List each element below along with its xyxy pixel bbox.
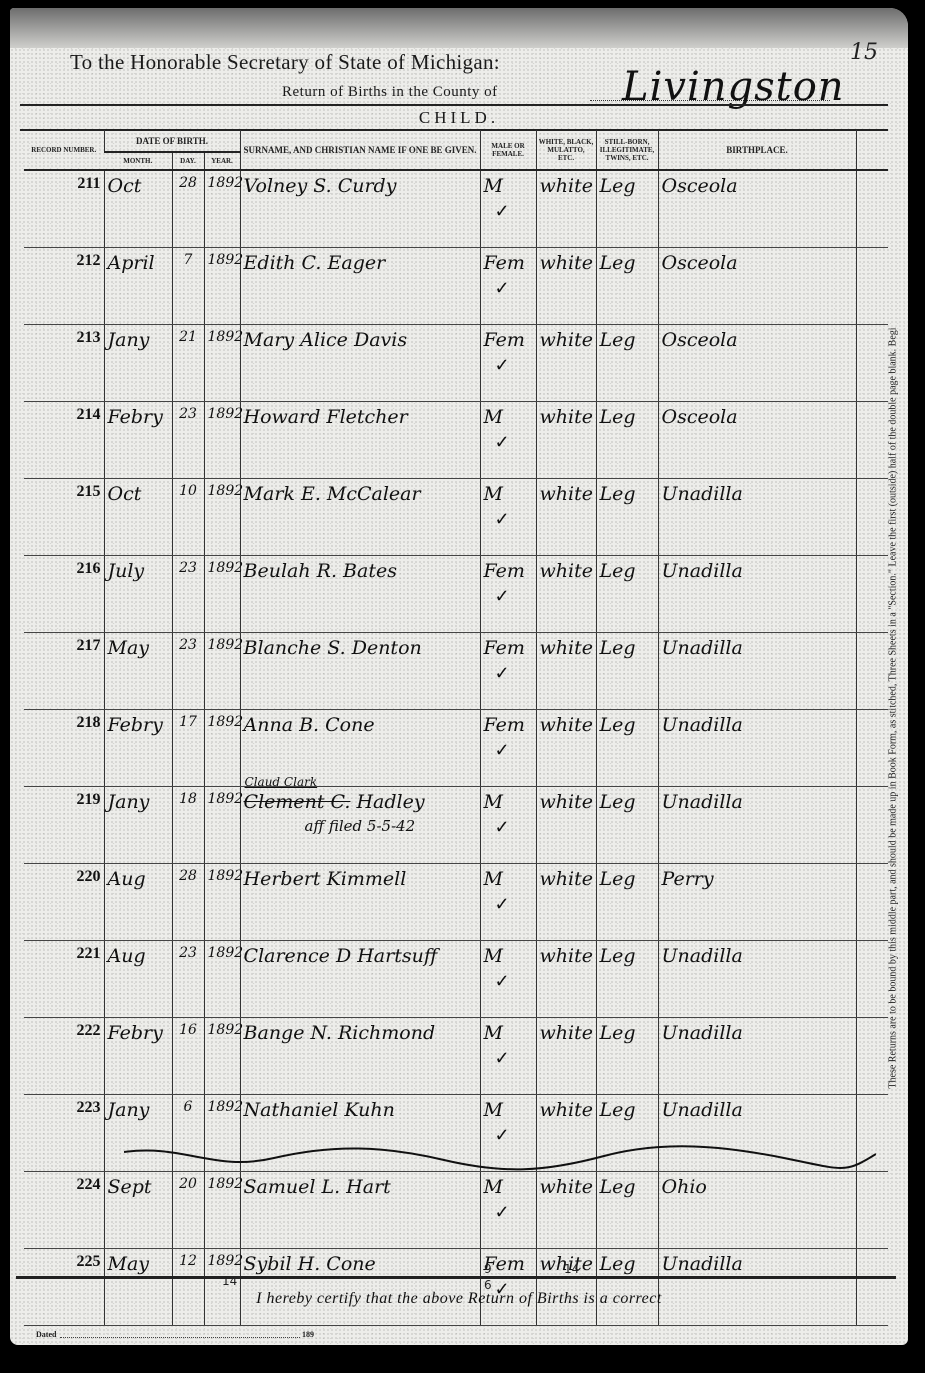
col-date-of-birth: Date of Birth. — [104, 130, 240, 152]
legitimacy-status: Leg — [596, 1095, 658, 1172]
legitimacy-status: Leg — [596, 248, 658, 325]
birthplace: Unadilla — [658, 1249, 856, 1326]
race: white — [536, 941, 596, 1018]
margin — [856, 1249, 888, 1326]
col-birthplace: Birthplace. — [658, 130, 856, 170]
col-margin — [856, 130, 888, 170]
table-row: 222Febry161892Bange N. RichmondMwhiteLeg… — [24, 1018, 888, 1095]
legitimacy-status: Leg — [596, 479, 658, 556]
sex: Fem — [480, 248, 536, 325]
birthplace: Unadilla — [658, 1018, 856, 1095]
col-day: Day. — [172, 152, 204, 170]
child-name: Mark E. McCalear — [240, 479, 480, 556]
table-row: 218Febry171892Anna B. ConeFemwhiteLegUna… — [24, 710, 888, 787]
child-name: Edith C. Eager — [240, 248, 480, 325]
birthplace: Osceola — [658, 248, 856, 325]
child-name: Nathaniel Kuhn — [240, 1095, 480, 1172]
col-record-number: Record Number. — [24, 130, 104, 170]
sex: M — [480, 787, 536, 864]
race: white — [536, 1095, 596, 1172]
birthplace: Osceola — [658, 325, 856, 402]
certification-text: I hereby certify that the above Return o… — [10, 1290, 908, 1308]
race: white — [536, 479, 596, 556]
birth-day: 23 — [172, 941, 204, 1018]
birth-year: 1892 — [204, 170, 240, 248]
table-row: 223Jany61892Nathaniel KuhnMwhiteLegUnadi… — [24, 1095, 888, 1172]
birth-month: Jany — [104, 1095, 172, 1172]
birth-day: 12 — [172, 1249, 204, 1326]
name-correction: Claud Clark — [245, 775, 318, 789]
birthplace: Unadilla — [658, 941, 856, 1018]
table-row: 216July231892Beulah R. BatesFemwhiteLegU… — [24, 556, 888, 633]
legitimacy-status: Leg — [596, 1249, 658, 1326]
birthplace: Unadilla — [658, 710, 856, 787]
record-number: 223 — [24, 1095, 104, 1172]
legitimacy-status: Leg — [596, 556, 658, 633]
table-row: 224Sept201892Samuel L. HartMwhiteLegOhio — [24, 1172, 888, 1249]
sex: M — [480, 1095, 536, 1172]
birth-year: 1892 — [204, 1095, 240, 1172]
birth-day: 23 — [172, 556, 204, 633]
child-name: Mary Alice Davis — [240, 325, 480, 402]
sex: Fem — [480, 325, 536, 402]
table-row: 211Oct281892Volney S. CurdyMwhiteLegOsce… — [24, 170, 888, 248]
struck-name: Clement C. — [244, 791, 351, 813]
table-row: 214Febry231892Howard FletcherMwhiteLegOs… — [24, 402, 888, 479]
child-name: Volney S. Curdy — [240, 170, 480, 248]
race: white — [536, 864, 596, 941]
birth-year: 1892 — [204, 1172, 240, 1249]
year-tally: 14 — [222, 1274, 237, 1288]
table-row: 212April71892Edith C. EagerFemwhiteLegOs… — [24, 248, 888, 325]
birth-day: 17 — [172, 710, 204, 787]
race: white — [536, 1249, 596, 1326]
col-sex: Male or Female. — [480, 130, 536, 170]
birth-month: Febry — [104, 1018, 172, 1095]
race: white — [536, 325, 596, 402]
birthplace: Ohio — [658, 1172, 856, 1249]
birthplace: Unadilla — [658, 787, 856, 864]
child-name: Bange N. Richmond — [240, 1018, 480, 1095]
race: white — [536, 1172, 596, 1249]
record-number: 213 — [24, 325, 104, 402]
birth-month: Oct — [104, 479, 172, 556]
col-race: White, Black, Mulatto, Etc. — [536, 130, 596, 170]
birthplace: Unadilla — [658, 556, 856, 633]
sex: M — [480, 479, 536, 556]
birth-month: Sept — [104, 1172, 172, 1249]
birth-year: 1892 — [204, 248, 240, 325]
sex: M — [480, 864, 536, 941]
table-row: 221Aug231892Clarence D HartsuffMwhiteLeg… — [24, 941, 888, 1018]
surname: Hadley — [356, 791, 424, 813]
col-surname: Surname, and Christian name if one be gi… — [240, 130, 480, 170]
record-number: 212 — [24, 248, 104, 325]
record-number: 216 — [24, 556, 104, 633]
col-month: Month. — [104, 152, 172, 170]
race: white — [536, 787, 596, 864]
birth-year: 1892 — [204, 710, 240, 787]
birth-year: 1892 — [204, 556, 240, 633]
legitimacy-status: Leg — [596, 325, 658, 402]
record-number: 218 — [24, 710, 104, 787]
birth-month: Febry — [104, 710, 172, 787]
dated-field — [60, 1337, 300, 1338]
child-name: Beulah R. Bates — [240, 556, 480, 633]
record-number: 221 — [24, 941, 104, 1018]
birth-year: 1892 — [204, 1018, 240, 1095]
legitimacy-status: Leg — [596, 1018, 658, 1095]
birthplace: Osceola — [658, 402, 856, 479]
legitimacy-status: Leg — [596, 633, 658, 710]
birth-month: Jany — [104, 787, 172, 864]
birth-day: 23 — [172, 402, 204, 479]
birth-year: 1892 — [204, 479, 240, 556]
sex: M — [480, 1172, 536, 1249]
birthplace: Perry — [658, 864, 856, 941]
birth-day: 18 — [172, 787, 204, 864]
dated-label: Dated — [36, 1330, 56, 1339]
birth-day: 10 — [172, 479, 204, 556]
record-number: 211 — [24, 170, 104, 248]
table-row: 220Aug281892Herbert KimmellMwhiteLegPerr… — [24, 864, 888, 941]
birth-month: April — [104, 248, 172, 325]
form-title: To the Honorable Secretary of State of M… — [70, 50, 500, 75]
race: white — [536, 710, 596, 787]
legitimacy-status: Leg — [596, 170, 658, 248]
sex: M — [480, 1018, 536, 1095]
child-name: Samuel L. Hart — [240, 1172, 480, 1249]
birth-return-sheet: To the Honorable Secretary of State of M… — [10, 8, 908, 1345]
col-year: Year. — [204, 152, 240, 170]
birth-month: May — [104, 633, 172, 710]
sex: Fem — [480, 633, 536, 710]
birth-day: 23 — [172, 633, 204, 710]
dated-year: 189 — [302, 1330, 314, 1339]
record-number: 225 — [24, 1249, 104, 1326]
race: white — [536, 248, 596, 325]
birth-year: 1892 — [204, 633, 240, 710]
birth-month: Aug — [104, 941, 172, 1018]
sex: M — [480, 402, 536, 479]
sex: M — [480, 170, 536, 248]
race: white — [536, 1018, 596, 1095]
sheet-number: 15 — [850, 40, 878, 65]
birth-month: Oct — [104, 170, 172, 248]
table-row: 225May121892Sybil H. ConeFemwhiteLegUnad… — [24, 1249, 888, 1326]
col-status: Still-born, Illegitimate, Twins, Etc. — [596, 130, 658, 170]
legitimacy-status: Leg — [596, 1172, 658, 1249]
birth-month: July — [104, 556, 172, 633]
race: white — [536, 556, 596, 633]
birth-year: 1892 — [204, 325, 240, 402]
births-table: Record Number. Date of Birth. Surname, a… — [24, 130, 888, 1326]
record-number: 217 — [24, 633, 104, 710]
birth-year: 1892 — [204, 941, 240, 1018]
record-number: 219 — [24, 787, 104, 864]
birthplace: Unadilla — [658, 1095, 856, 1172]
table-row: 219Jany181892Claud ClarkClement C.Hadley… — [24, 787, 888, 864]
birth-day: 28 — [172, 864, 204, 941]
birth-year: 1892 — [204, 787, 240, 864]
legitimacy-status: Leg — [596, 787, 658, 864]
legitimacy-status: Leg — [596, 941, 658, 1018]
race-tally: 14 — [564, 1262, 579, 1276]
birth-day: 28 — [172, 170, 204, 248]
child-name: Clarence D Hartsuff — [240, 941, 480, 1018]
birth-day: 21 — [172, 325, 204, 402]
child-name: Sybil H. Cone — [240, 1249, 480, 1326]
birth-year: 1892 — [204, 864, 240, 941]
section-heading: CHILD. — [10, 108, 908, 128]
birth-year: 1892 — [204, 402, 240, 479]
birth-month: Aug — [104, 864, 172, 941]
legitimacy-status: Leg — [596, 710, 658, 787]
birthplace: Osceola — [658, 170, 856, 248]
legitimacy-status: Leg — [596, 864, 658, 941]
sex: M — [480, 941, 536, 1018]
divider — [20, 104, 888, 106]
table-row: 213Jany211892Mary Alice DavisFemwhiteLeg… — [24, 325, 888, 402]
binding-instructions: These Returns are to be bound by this mi… — [880, 188, 906, 1228]
child-name: Claud ClarkClement C.Hadleyaff filed 5-5… — [240, 787, 480, 864]
race: white — [536, 402, 596, 479]
sex: Fem — [480, 710, 536, 787]
legitimacy-status: Leg — [596, 402, 658, 479]
record-number: 224 — [24, 1172, 104, 1249]
record-number: 222 — [24, 1018, 104, 1095]
record-number: 220 — [24, 864, 104, 941]
birth-month: Jany — [104, 325, 172, 402]
table-row: 217May231892Blanche S. DentonFemwhiteLeg… — [24, 633, 888, 710]
form-subtitle: Return of Births in the County of — [282, 84, 498, 101]
race: white — [536, 633, 596, 710]
birth-day: 7 — [172, 248, 204, 325]
birth-month: May — [104, 1249, 172, 1326]
birth-day: 20 — [172, 1172, 204, 1249]
child-name: Howard Fletcher — [240, 402, 480, 479]
race: white — [536, 170, 596, 248]
sex: Fem — [480, 556, 536, 633]
table-row: 215Oct101892Mark E. McCalearMwhiteLegUna… — [24, 479, 888, 556]
child-name: Herbert Kimmell — [240, 864, 480, 941]
affidavit-note: aff filed 5-5-42 — [305, 817, 416, 835]
birthplace: Unadilla — [658, 633, 856, 710]
divider — [16, 1276, 896, 1279]
torn-edge — [10, 8, 908, 48]
birth-day: 16 — [172, 1018, 204, 1095]
record-number: 215 — [24, 479, 104, 556]
record-number: 214 — [24, 402, 104, 479]
birth-day: 6 — [172, 1095, 204, 1172]
birth-month: Febry — [104, 402, 172, 479]
birthplace: Unadilla — [658, 479, 856, 556]
sex-tally: 9 — [484, 1262, 492, 1276]
child-name: Blanche S. Denton — [240, 633, 480, 710]
